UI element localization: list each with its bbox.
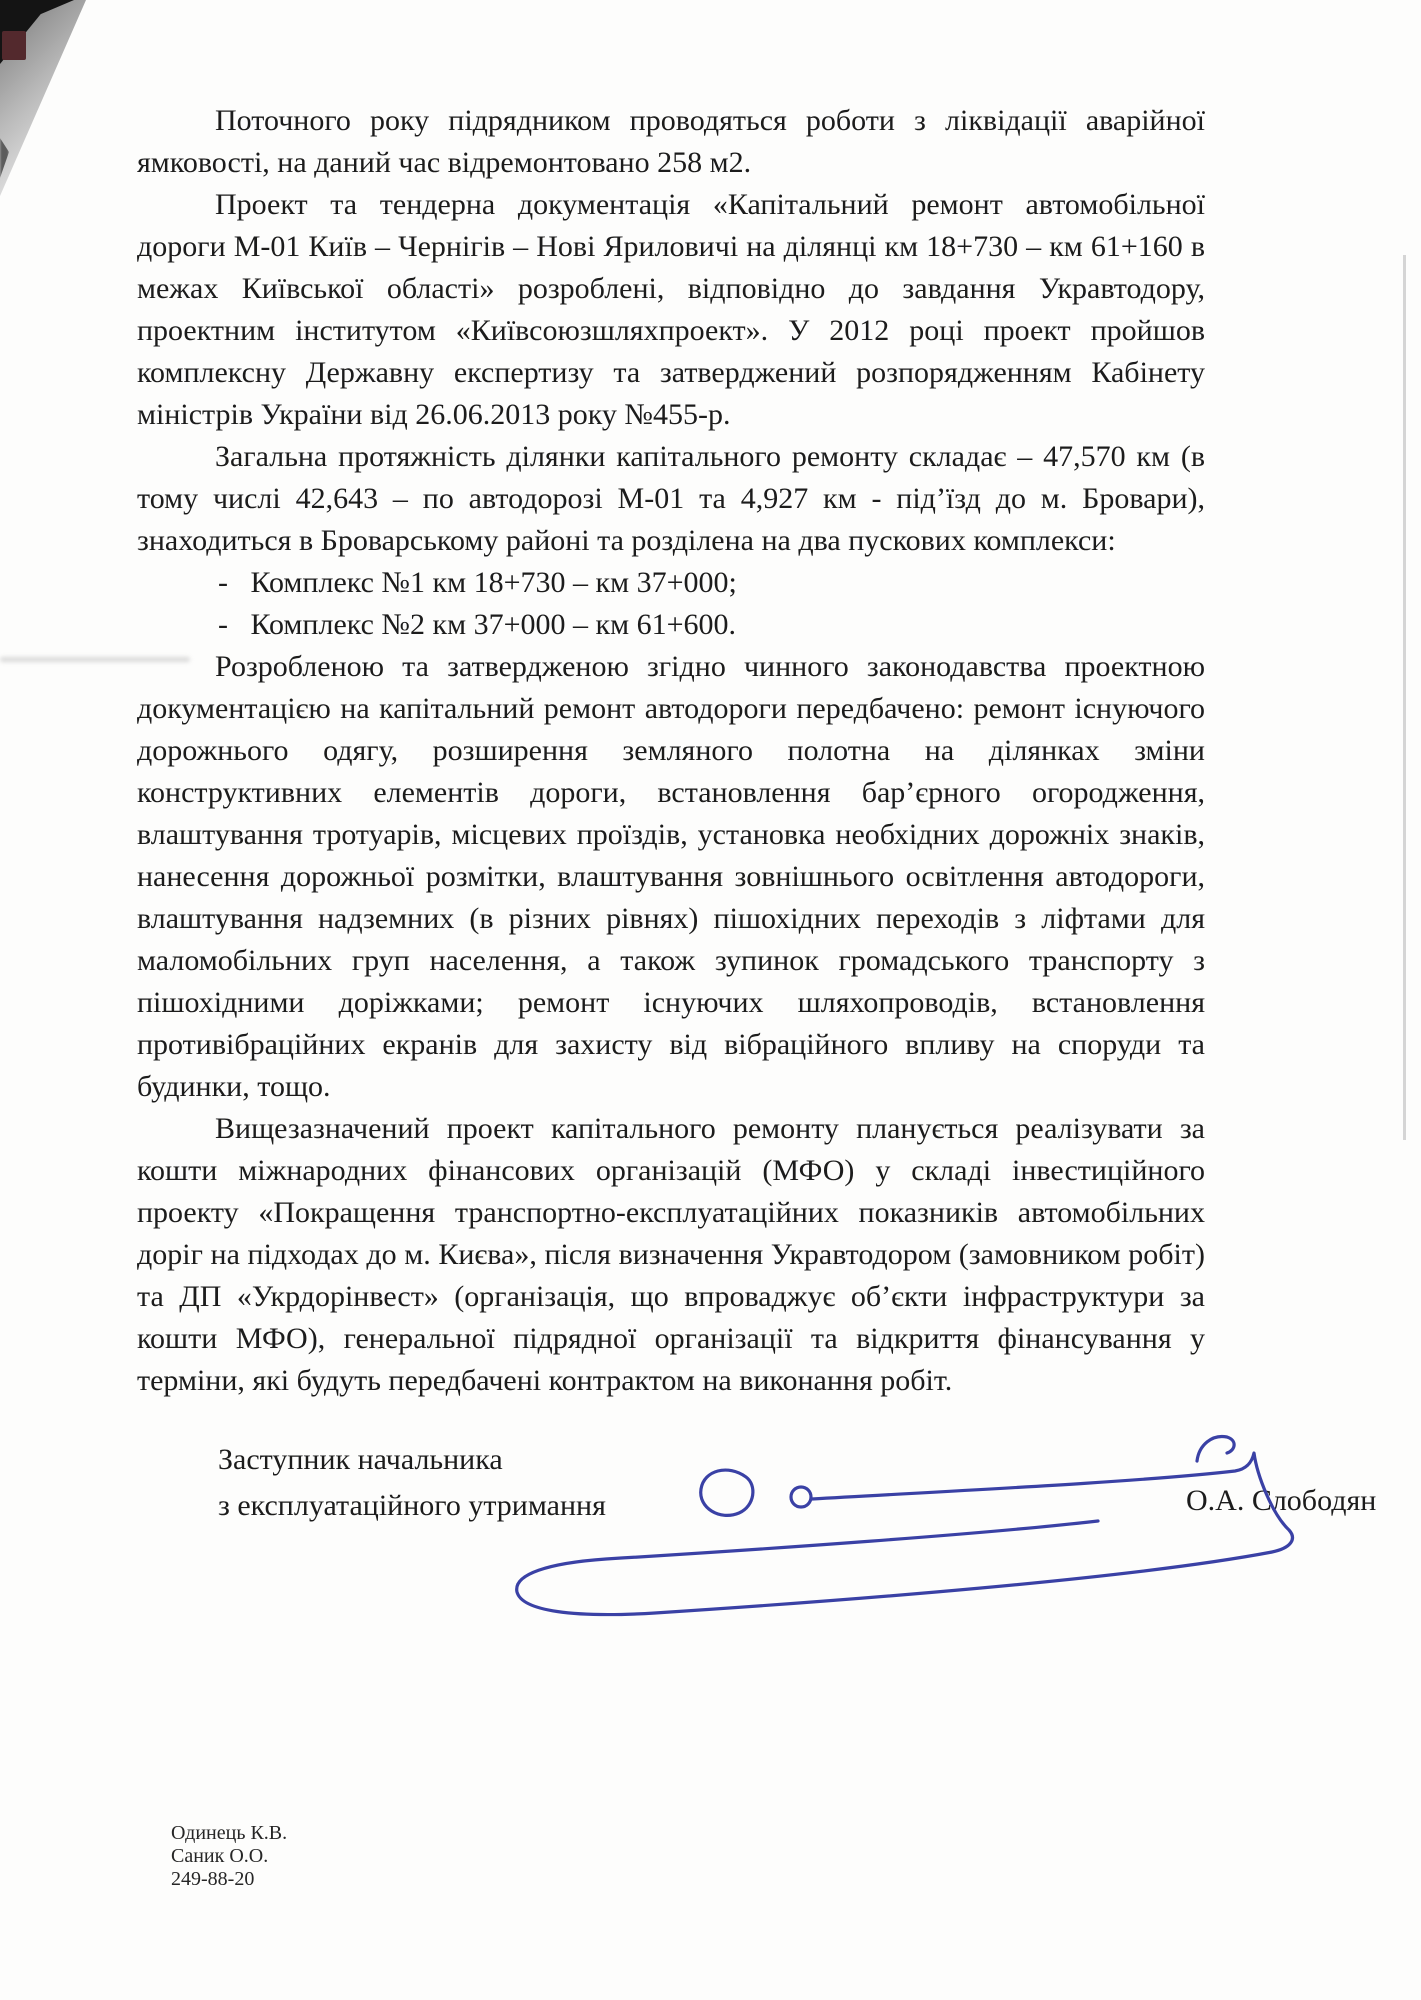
list-item-complex-1: - Комплекс №1 км 18+730 – км 37+000; xyxy=(218,562,1205,604)
signatory-role: Заступник начальника з експлуатаційного … xyxy=(218,1437,606,1529)
scan-corner-mark xyxy=(2,31,26,60)
paragraph-financing: Вищезазначений проект капітального ремон… xyxy=(137,1108,1205,1402)
list-item-complex-2: - Комплекс №2 км 37+000 – км 61+600. xyxy=(218,604,1205,646)
scanned-letter-page: Поточного року підрядником проводяться р… xyxy=(0,0,1421,2000)
paragraph-total-length: Загальна протяжність ділянки капітальног… xyxy=(137,436,1205,562)
paragraph-project-documentation: Проект та тендерна документація «Капітал… xyxy=(137,184,1205,436)
scan-right-edge-line xyxy=(1403,255,1406,1140)
signatory-name: О.А. Слободян xyxy=(1186,1484,1376,1518)
executor-phone: 249-88-20 xyxy=(171,1868,287,1891)
signature-stroke-hook xyxy=(1197,1437,1234,1461)
executor-name-1: Одинець К.В. xyxy=(171,1822,287,1845)
signature-stroke-flourish xyxy=(517,1453,1293,1615)
executor-block: Одинець К.В. Саник О.О. 249-88-20 xyxy=(171,1822,287,1891)
signatory-role-line1: Заступник начальника xyxy=(218,1437,606,1483)
document-body: Поточного року підрядником проводяться р… xyxy=(137,100,1205,1402)
signature-stroke-loop xyxy=(701,1470,753,1515)
signatory-role-line2: з експлуатаційного утримання xyxy=(218,1483,606,1529)
signature-stroke-dot xyxy=(791,1487,811,1507)
executor-name-2: Саник О.О. xyxy=(171,1845,287,1868)
paragraph-current-repairs: Поточного року підрядником проводяться р… xyxy=(137,100,1205,184)
paragraph-design-scope: Розробленою та затвердженою згідно чинно… xyxy=(137,646,1205,1108)
